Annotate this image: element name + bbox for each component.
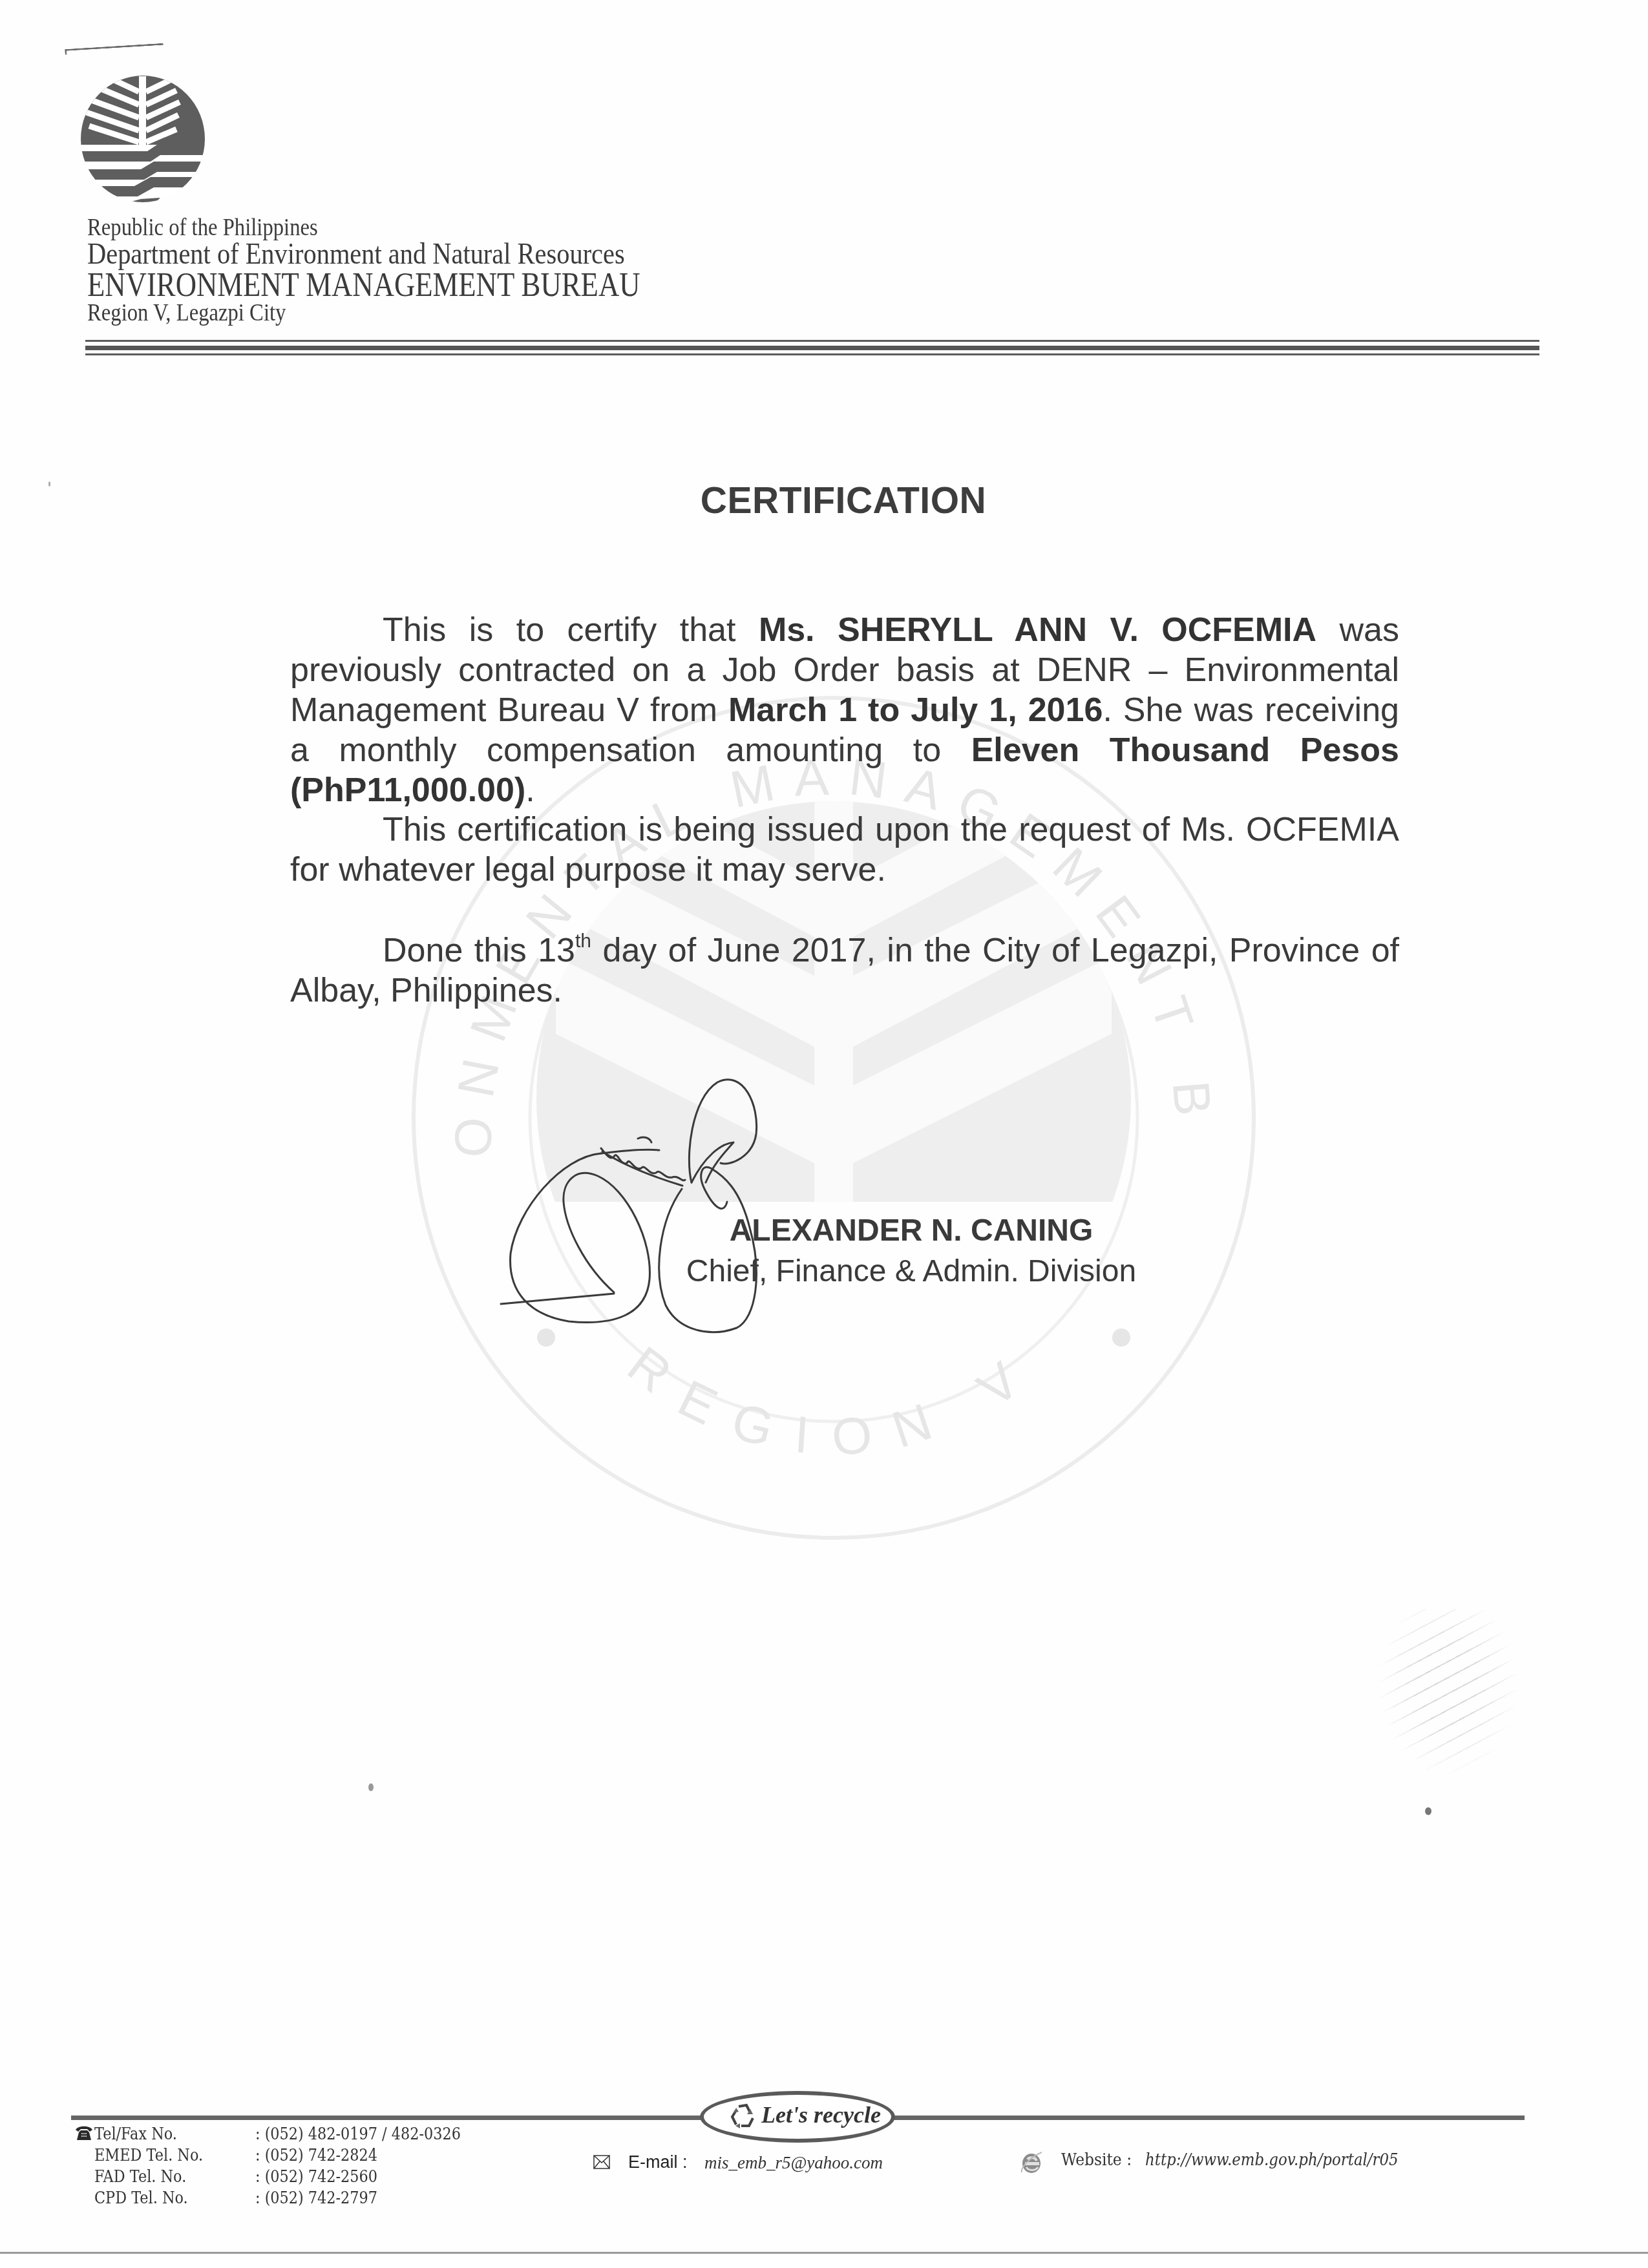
text: This is to certify that <box>383 611 759 649</box>
text: Done this 13 <box>383 932 575 969</box>
issuance-paragraph: Done this 13th day of June 2017, in the … <box>290 930 1399 1011</box>
purpose-text: This certification is being issued upon … <box>290 810 1399 890</box>
ordinal-suffix: th <box>575 930 591 952</box>
contact-label: EMED Tel. No. <box>94 2146 203 2165</box>
handwritten-signature <box>491 1060 1137 1383</box>
footer-rule <box>893 2116 1525 2120</box>
contact-label: FAD Tel. No. <box>94 2167 186 2187</box>
employee-name: Ms. SHERYLL ANN V. OCFEMIA <box>759 611 1316 649</box>
email-address[interactable]: mis_emb_r5@yahoo.com <box>704 2153 883 2173</box>
contact-phone: : (052) 742-2797 <box>255 2189 377 2208</box>
header-rule <box>85 346 1539 350</box>
scan-speck <box>368 1783 374 1791</box>
envelope-icon <box>593 2155 610 2169</box>
letterhead-region: Region V, Legazpi City <box>87 299 286 327</box>
contract-period: March 1 to July 1, 2016 <box>728 691 1103 729</box>
text: . <box>525 772 534 809</box>
denr-logo-icon <box>76 72 212 208</box>
contact-label: CPD Tel. No. <box>94 2189 188 2208</box>
browser-e-icon <box>1020 2150 1043 2175</box>
contact-phone: : (052) 482-0197 / 482-0326 <box>255 2125 461 2144</box>
scan-noise <box>1377 1609 1519 1777</box>
scanned-page: Republic of the Philippines Department o… <box>0 0 1648 2254</box>
website-url[interactable]: http://www.emb.gov.ph/portal/r05 <box>1145 2150 1399 2170</box>
pencil-mark <box>65 43 164 55</box>
contact-label: Tel/Fax No. <box>94 2125 177 2144</box>
purpose-paragraph: This certification is being issued upon … <box>290 810 1399 890</box>
contact-phone: : (052) 742-2560 <box>255 2167 377 2187</box>
certification-paragraph: This is to certify that Ms. SHERYLL ANN … <box>290 610 1399 810</box>
telephone-icon <box>74 2125 94 2141</box>
footer-rule <box>71 2116 704 2120</box>
document-title: CERTIFICATION <box>0 479 1648 522</box>
recycle-icon <box>727 2100 759 2132</box>
scan-speck <box>1425 1807 1431 1815</box>
recycle-slogan: Let's recycle <box>761 2101 881 2128</box>
header-rule <box>85 340 1539 342</box>
website-label: Website : <box>1061 2150 1132 2170</box>
header-rule <box>85 353 1539 355</box>
contact-phone: : (052) 742-2824 <box>255 2146 377 2165</box>
email-label: E-mail : <box>628 2152 688 2172</box>
